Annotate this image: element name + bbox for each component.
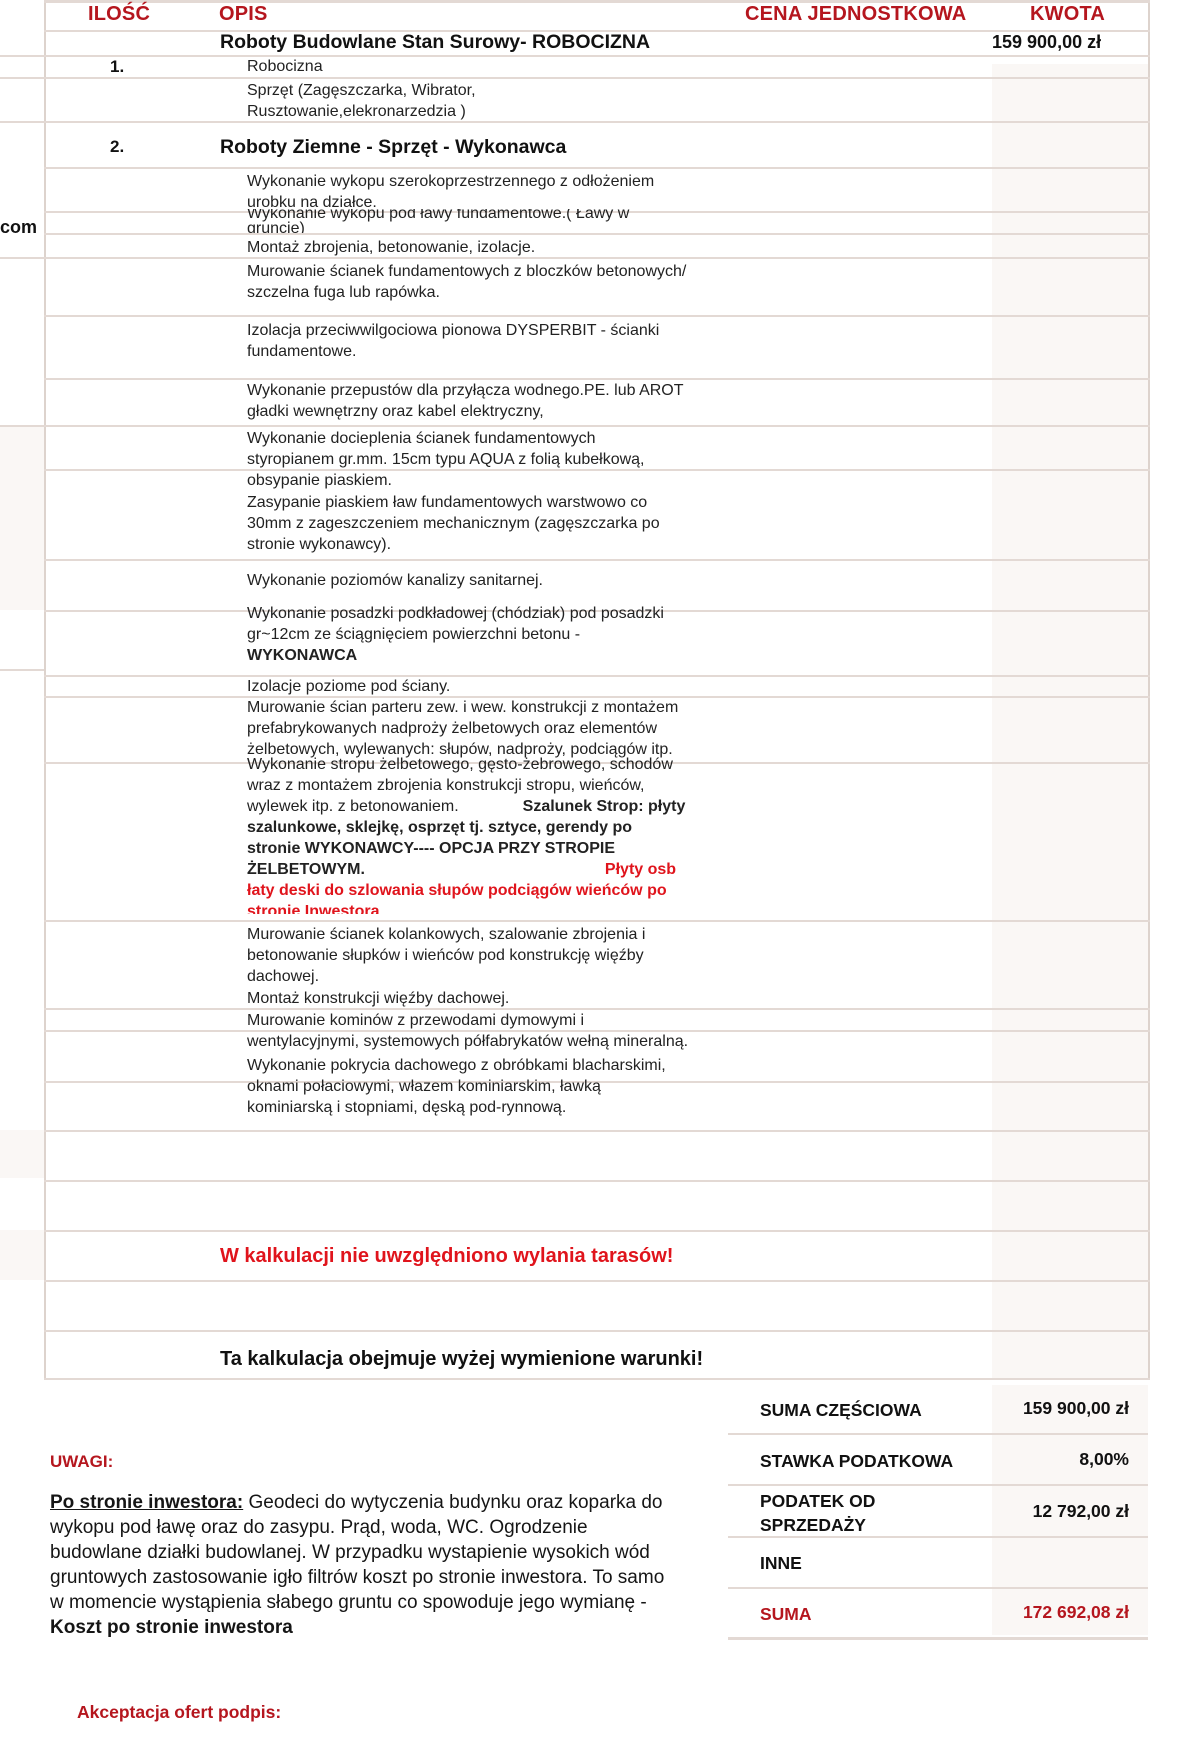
item-1-line-2: Sprzęt (Zagęszczarka, Wibrator, [247,80,476,101]
description-line: stronie WYKONAWCY---- OPCJA PRZY STROPIE [247,838,727,859]
investor-label: Po stronie inwestora: [50,1492,243,1513]
description-line: Murowanie ścianek kolankowych, szalowani… [247,924,727,945]
description-line: ŻELBETOWYM.Płyty osb [247,859,727,880]
total-label: SUMA [760,1602,812,1626]
description-line: Montaż konstrukcji więźby dachowej. [247,988,727,1009]
description-line: Wykonanie pokrycia dachowego z obróbkami… [247,1055,727,1076]
left-strip-shade [0,425,44,610]
description-line: fundamentowe. [247,341,727,362]
description-line: Płyty osb [605,861,676,878]
note-calculation-conditions: Ta kalkulacja obejmuje wyżej wymienione … [220,1348,703,1371]
outer-strip-divider [0,77,44,79]
description-row: Wykonanie posadzki podkładowej (chódziak… [247,603,727,673]
header-unit-price: CENA JEDNOSTKOWA [745,3,966,26]
description-line: prefabrykowanych nadproży żelbetowych or… [247,718,727,739]
summary-line [728,1484,1148,1486]
description-line: stronie wykonawcy). [247,534,727,555]
outer-strip-divider [0,257,44,259]
description-line: styropianem gr.mm. 15cm typu AQUA z foli… [247,449,727,470]
summary-line [728,1433,1148,1435]
description-row: Murowanie ścianek kolankowych, szalowani… [247,924,727,990]
description-line: ŻELBETOWYM. [247,861,365,878]
description-row: Izolacja przeciwwilgociowa pionowa DYSPE… [247,320,727,368]
description-line: Murowanie ścian parteru zew. i wew. kons… [247,697,727,718]
description-row: Wykonanie przepustów dla przyłącza wodne… [247,380,727,424]
row-divider [44,315,1150,317]
item-1-line-3: Rusztowanie,elekronarzedzia ) [247,101,466,122]
item-2-title: Roboty Ziemne - Sprzęt - Wykonawca [220,136,566,159]
section-amount: 159 900,00 zł [992,32,1101,53]
item-1-number: 1. [110,57,124,77]
description-line: wentylacyjnymi, systemowych półfabrykató… [247,1031,727,1052]
header-amount: KWOTA [1030,3,1105,26]
row-divider [44,920,1150,922]
section-title-robocizna: Roboty Budowlane Stan Surowy- ROBOCIZNA [220,31,650,54]
table-top-border [44,0,1150,3]
row-divider [44,233,1150,235]
signature-label: Akceptacja ofert podpis: [77,1702,281,1723]
tax-label-line-2: SPRZEDAŻY [760,1513,866,1537]
row-divider [44,55,1150,57]
item-2-number: 2. [110,137,124,157]
left-strip-shade-2 [0,1130,44,1178]
description-line: 30mm z zageszczeniem mechanicznym (zagęs… [247,513,727,534]
description-line: dachowej. [247,966,727,987]
row-divider [44,77,1150,79]
header-quantity: ILOŚĆ [88,3,150,26]
outer-strip-divider [0,669,44,671]
subtotal-value: 159 900,00 zł [1023,1398,1129,1419]
tax-value: 12 792,00 zł [1033,1501,1129,1522]
description-line: gładki wewnętrzny oraz kabel elektryczny… [247,401,727,422]
description-line: szczelna fuga lub rapówka. [247,282,727,303]
investor-line-2: wykopu pod ławę oraz do zasypu. Prąd, wo… [50,1517,588,1538]
description-row: Wykonanie poziomów kanalizy sanitarnej. [247,570,727,600]
notes-investor-paragraph: Po stronie inwestora: Geodeci do wytycze… [50,1490,730,1640]
row-divider [44,1180,1150,1182]
description-row: Montaż zbrojenia, betonowanie, izolacje. [247,237,727,259]
table-right-border [1148,0,1150,1380]
description-line: Wykonanie poziomów kanalizy sanitarnej. [247,570,727,591]
description-line: kominiarską i stopniami, dęską pod-rynno… [247,1097,727,1118]
description-line: stronie Inwestora [247,901,727,914]
description-row: Wykonanie pokrycia dachowego z obróbkami… [247,1055,727,1121]
item-1-line-1: Robocizna [247,56,323,77]
description-row: Wykonanie wykopu szerokoprzestrzennego z… [247,171,727,213]
row-divider [44,121,1150,123]
investor-line-4: gruntowych zastosowanie igło filtrów kos… [50,1567,664,1588]
description-row: Wykonanie stropu żelbetowego, gęsto-żebr… [247,754,727,914]
other-label: INNE [760,1551,802,1575]
description-row: Wykonanie docieplenia ścianek fundamento… [247,428,727,490]
description-line: Wykonanie stropu żelbetowego, gęsto-żebr… [247,754,727,775]
description-row: Zasypanie piaskiem ław fundamentowych wa… [247,492,727,558]
row-divider [44,1378,1150,1380]
description-line: obsypanie piaskiem. [247,470,727,490]
description-row: Izolacje poziome pod ściany. [247,676,727,696]
description-line: Szalunek Strop: płyty [523,798,686,815]
amount-column-shade [992,64,1148,1380]
description-line: WYKONAWCA [247,645,727,666]
row-divider [44,1130,1150,1132]
row-divider [44,1280,1150,1282]
description-row: Murowanie ścianek fundamentowych z blocz… [247,261,727,315]
description-line: szalunkowe, sklejkę, osprzęt tj. sztyce,… [247,817,727,838]
tax-rate-label: STAWKA PODATKOWA [760,1449,953,1473]
description-line: Wykonanie posadzki podkładowej (chódziak… [247,603,727,624]
description-line: Wykonanie wykopu szerokoprzestrzennego z… [247,171,727,192]
outer-strip-divider [0,425,44,427]
investor-bold-end: Koszt po stronie inwestora [50,1617,293,1638]
description-row: Murowanie kominów z przewodami dymowymi … [247,1010,727,1056]
outer-strip-divider [0,55,44,57]
tax-rate-value: 8,00% [1079,1449,1129,1470]
table-left-border [44,0,46,1380]
description-line: Wykonanie przepustów dla przyłącza wodne… [247,380,727,401]
description-line: gr~12cm ze ściągnięciem powierzchni beto… [247,624,727,645]
description-row: Murowanie ścian parteru zew. i wew. kons… [247,697,727,761]
investor-line-1: Geodeci do wytyczenia budynku oraz kopar… [243,1492,662,1513]
description-line: Zasypanie piaskiem ław fundamentowych wa… [247,492,727,513]
description-line: łaty deski do szlowania słupów podciągów… [247,880,727,901]
outer-strip-divider [0,121,44,123]
description-line: wylewek itp. z betonowaniem.Szalunek Str… [247,796,727,817]
description-line: Murowanie kominów z przewodami dymowymi … [247,1010,727,1031]
description-line: wraz z montażem zbrojenia konstrukcji st… [247,775,727,796]
side-label: com [0,217,37,238]
row-divider [44,425,1150,427]
description-line: wylewek itp. z betonowaniem. [247,798,459,815]
description-line: Izolacje poziome pod ściany. [247,676,727,696]
row-divider [44,1230,1150,1232]
note-terraces-not-included: W kalkulacji nie uwzględniono wylania ta… [220,1245,673,1268]
total-value: 172 692,08 zł [1023,1602,1129,1623]
description-line: oknami połaciowymi, włazem kominiarskim,… [247,1076,727,1097]
row-divider [44,1330,1150,1332]
row-divider [44,559,1150,561]
description-line: Izolacja przeciwwilgociowa pionowa DYSPE… [247,320,727,341]
left-strip-shade-3 [0,1230,44,1280]
description-line: Wykonanie docieplenia ścianek fundamento… [247,428,727,449]
description-line: Montaż zbrojenia, betonowanie, izolacje. [247,237,727,258]
summary-line [728,1637,1148,1640]
summary-line [728,1587,1148,1589]
description-row: Montaż konstrukcji więźby dachowej. [247,988,727,1010]
notes-heading: UWAGI: [50,1452,113,1472]
investor-line-3: budowlane działki budowlanej. W przypadk… [50,1542,650,1563]
row-divider [44,167,1150,169]
description-line: betonowanie słupków i wieńców pod konstr… [247,945,727,966]
tax-label-line-1: PODATEK OD [760,1489,875,1513]
header-description: OPIS [219,3,268,26]
description-line: Murowanie ścianek fundamentowych z blocz… [247,261,727,282]
investor-line-5: w momencie wystąpienia słabego gruntu co… [50,1592,647,1613]
description-row: Wykonanie wykopu pod ławy fundamentowe.(… [247,209,727,233]
subtotal-label: SUMA CZĘŚCIOWA [760,1398,922,1422]
